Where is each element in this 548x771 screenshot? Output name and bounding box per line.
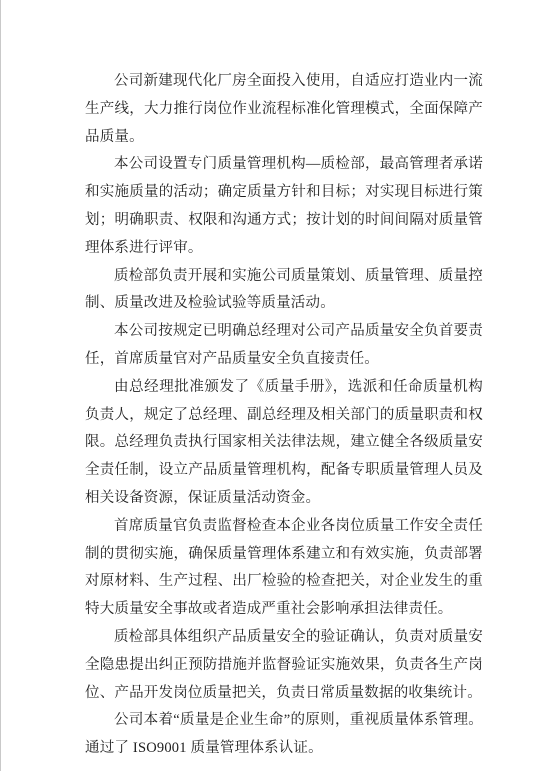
paragraph-iso-certification: 公司本着“质量是企业生命”的原则，重视质量体系管理。通过了 ISO9001 质量… <box>85 707 483 763</box>
paragraph-responsibility-assignment: 本公司按规定已明确总经理对公司产品质量安全负首要责任，首席质量官对产品质量安全负… <box>85 318 483 374</box>
paragraph-qc-verification: 质检部具体组织产品质量安全的验证确认，负责对质量安全隐患提出纠正预防措施并监督验… <box>85 624 483 707</box>
paragraph-quality-manual: 由总经理批准颁发了《质量手册》，选派和任命质量机构负责人，规定了总经理、副总经理… <box>85 374 483 513</box>
document-body: 公司新建现代化厂房全面投入使用，自适应打造业内一流生产线，大力推行岗位作业流程标… <box>85 68 483 763</box>
page-edge-line <box>0 0 1 771</box>
document-page: 公司新建现代化厂房全面投入使用，自适应打造业内一流生产线，大力推行岗位作业流程标… <box>0 0 548 771</box>
paragraph-qc-dept-duties: 质检部负责开展和实施公司质量策划、质量管理、质量控制、质量改进及检验试验等质量活… <box>85 263 483 319</box>
paragraph-chief-quality-officer: 首席质量官负责监督检查本企业各岗位质量工作安全责任制的贯彻实施，确保质量管理体系… <box>85 513 483 624</box>
paragraph-factory-intro: 公司新建现代化厂房全面投入使用，自适应打造业内一流生产线，大力推行岗位作业流程标… <box>85 68 483 151</box>
paragraph-quality-org: 本公司设置专门质量管理机构—质检部，最高管理者承诺和实施质量的活动；确定质量方针… <box>85 151 483 262</box>
